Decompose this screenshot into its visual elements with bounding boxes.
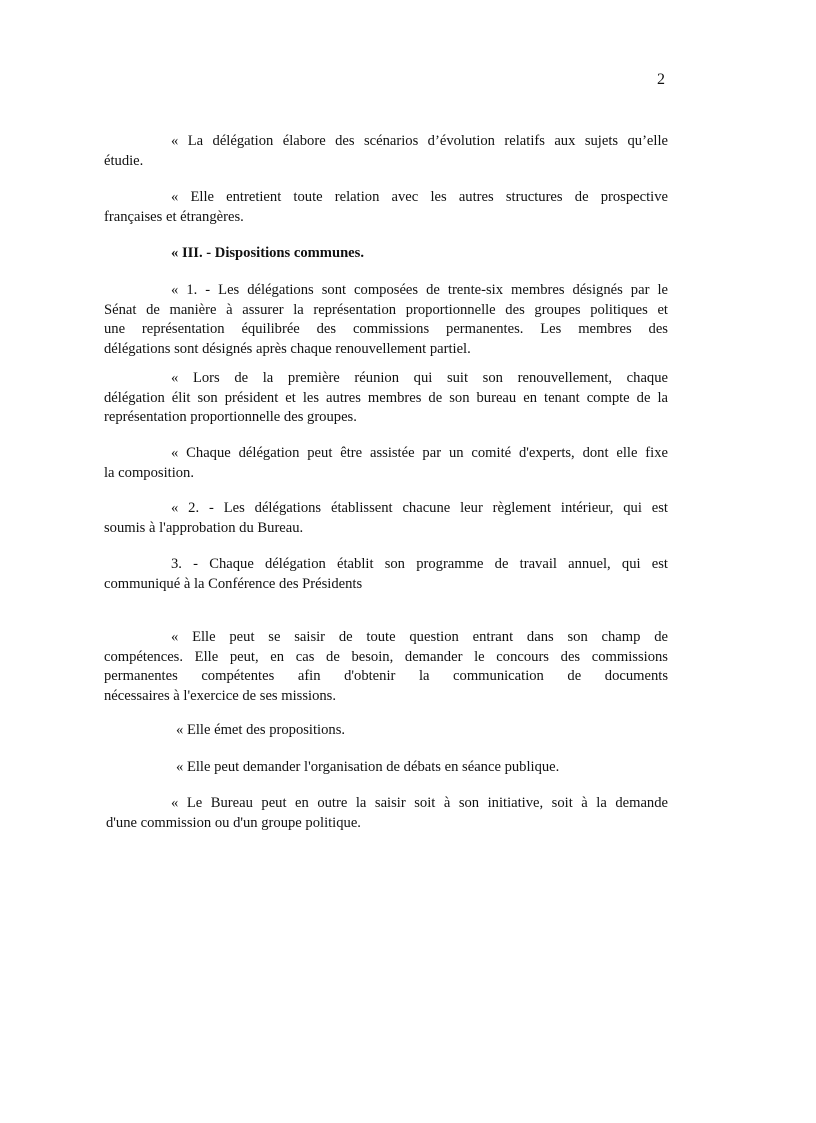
text-line: soumis à l'approbation du Bureau. — [104, 519, 668, 539]
text-line: la composition. — [104, 464, 668, 484]
text-line: « Le Bureau peut en outre la saisir soit… — [104, 794, 668, 814]
text-line: représentation proportionnelle des group… — [104, 408, 668, 428]
text-line: « Lors de la première réunion qui suit s… — [104, 369, 668, 389]
text-line: « Elle émet des propositions. — [104, 721, 668, 741]
text-line: françaises et étrangères. — [104, 208, 668, 228]
text-line: « Elle peut se saisir de toute question … — [104, 628, 668, 648]
text-line: « La délégation élabore des scénarios d’… — [104, 132, 668, 152]
paragraph-premiere-reunion: « Lors de la première réunion qui suit s… — [104, 369, 668, 428]
text-line: « 1. - Les délégations sont composées de… — [104, 281, 668, 301]
text-line: délégations sont désignés après chaque r… — [104, 340, 668, 360]
text-line: « Chaque délégation peut être assistée p… — [104, 444, 668, 464]
paragraph-bureau: « Le Bureau peut en outre la saisir soit… — [104, 794, 668, 833]
paragraph-debats: « Elle peut demander l'organisation de d… — [104, 758, 668, 778]
page-number: 2 — [657, 71, 665, 89]
text-line: Sénat de manière à assurer la représenta… — [104, 301, 668, 321]
text-line: délégation élit son président et les aut… — [104, 389, 668, 409]
paragraph-programme: 3. - Chaque délégation établit son progr… — [104, 555, 668, 594]
text-line: « Elle peut demander l'organisation de d… — [104, 758, 668, 778]
text-line: nécessaires à l'exercice de ses missions… — [104, 687, 668, 707]
text-line: une représentation équilibrée des commis… — [104, 320, 668, 340]
text-line: communiqué à la Conférence des Président… — [104, 575, 668, 595]
text-line: compétences. Elle peut, en cas de besoin… — [104, 648, 668, 668]
text-line: permanentes compétentes afin d'obtenir l… — [104, 667, 668, 687]
paragraph-scenarios: « La délégation élabore des scénarios d’… — [104, 132, 668, 171]
paragraph-relations: « Elle entretient toute relation avec le… — [104, 188, 668, 227]
text-line: d'une commission ou d'un groupe politiqu… — [104, 814, 668, 834]
heading-dispositions-communes: « III. - Dispositions communes. — [104, 244, 668, 264]
text-line: 3. - Chaque délégation établit son progr… — [104, 555, 668, 575]
paragraph-composition: « 1. - Les délégations sont composées de… — [104, 281, 668, 359]
text-line: « 2. - Les délégations établissent chacu… — [104, 499, 668, 519]
paragraph-comite-experts: « Chaque délégation peut être assistée p… — [104, 444, 668, 483]
paragraph-reglement: « 2. - Les délégations établissent chacu… — [104, 499, 668, 538]
text-line: « Elle entretient toute relation avec le… — [104, 188, 668, 208]
paragraph-saisine: « Elle peut se saisir de toute question … — [104, 628, 668, 706]
section-heading: « III. - Dispositions communes. — [104, 244, 668, 264]
paragraph-propositions: « Elle émet des propositions. — [104, 721, 668, 741]
text-line: étudie. — [104, 152, 668, 172]
